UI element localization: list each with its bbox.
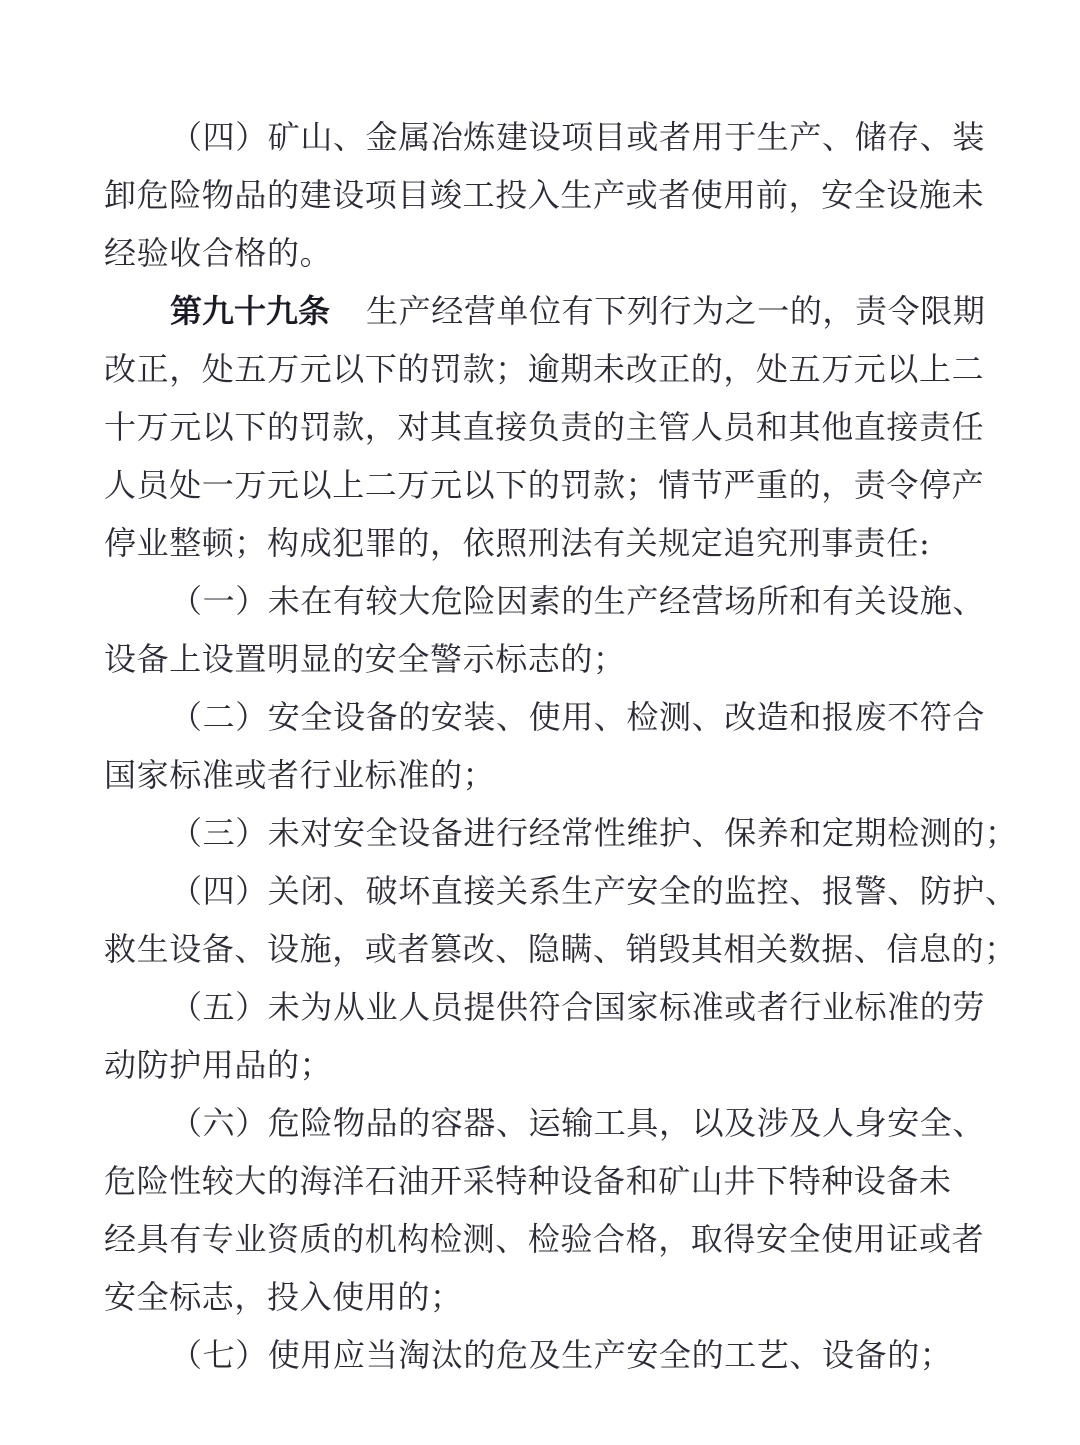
text-line: （七）使用应当淘汰的危及生产安全的工艺、设备的； [170, 1330, 984, 1380]
text-line: 经验收合格的。 [104, 228, 984, 278]
article-first-line: 第九十九条生产经营单位有下列行为之一的，责令限期 [170, 286, 984, 336]
text-line: （一）未在有较大危险因素的生产经营场所和有关设施、 [170, 576, 984, 626]
text-line: 卸危险物品的建设项目竣工投入生产或者使用前，安全设施未 [104, 170, 984, 220]
text-line: 改正，处五万元以下的罚款；逾期未改正的，处五万元以上二 [104, 344, 984, 394]
article-title: 第九十九条 [170, 292, 330, 330]
text-line: 安全标志，投入使用的； [104, 1272, 984, 1322]
text-line: （四）关闭、破坏直接关系生产安全的监控、报警、防护、 [170, 866, 984, 916]
text-line: 设备上设置明显的安全警示标志的； [104, 634, 984, 684]
text-line: （二）安全设备的安装、使用、检测、改造和报废不符合 [170, 692, 984, 742]
text-line: （六）危险物品的容器、运输工具，以及涉及人身安全、 [170, 1098, 984, 1148]
text-line: 动防护用品的； [104, 1040, 984, 1090]
text-line: 国家标准或者行业标准的； [104, 750, 984, 800]
text-line: （四）矿山、金属冶炼建设项目或者用于生产、储存、装 [170, 112, 984, 162]
text-line: 人员处一万元以上二万元以下的罚款；情节严重的，责令停产 [104, 460, 984, 510]
text-line: 经具有专业资质的机构检测、检验合格，取得安全使用证或者 [104, 1214, 984, 1264]
text-line: （五）未为从业人员提供符合国家标准或者行业标准的劳 [170, 982, 984, 1032]
text-line: 十万元以下的罚款，对其直接负责的主管人员和其他直接责任 [104, 402, 984, 452]
text-line: （三）未对安全设备进行经常性维护、保养和定期检测的； [170, 808, 984, 858]
text-line: 救生设备、设施，或者篡改、隐瞒、销毁其相关数据、信息的； [104, 924, 984, 974]
document-page: （四）矿山、金属冶炼建设项目或者用于生产、储存、装 卸危险物品的建设项目竣工投入… [0, 0, 1080, 1445]
article-text: 生产经营单位有下列行为之一的，责令限期 [366, 292, 985, 330]
text-line: 停业整顿；构成犯罪的，依照刑法有关规定追究刑事责任: [104, 518, 984, 568]
text-line: 危险性较大的海洋石油开采特种设备和矿山井下特种设备未 [104, 1156, 984, 1206]
